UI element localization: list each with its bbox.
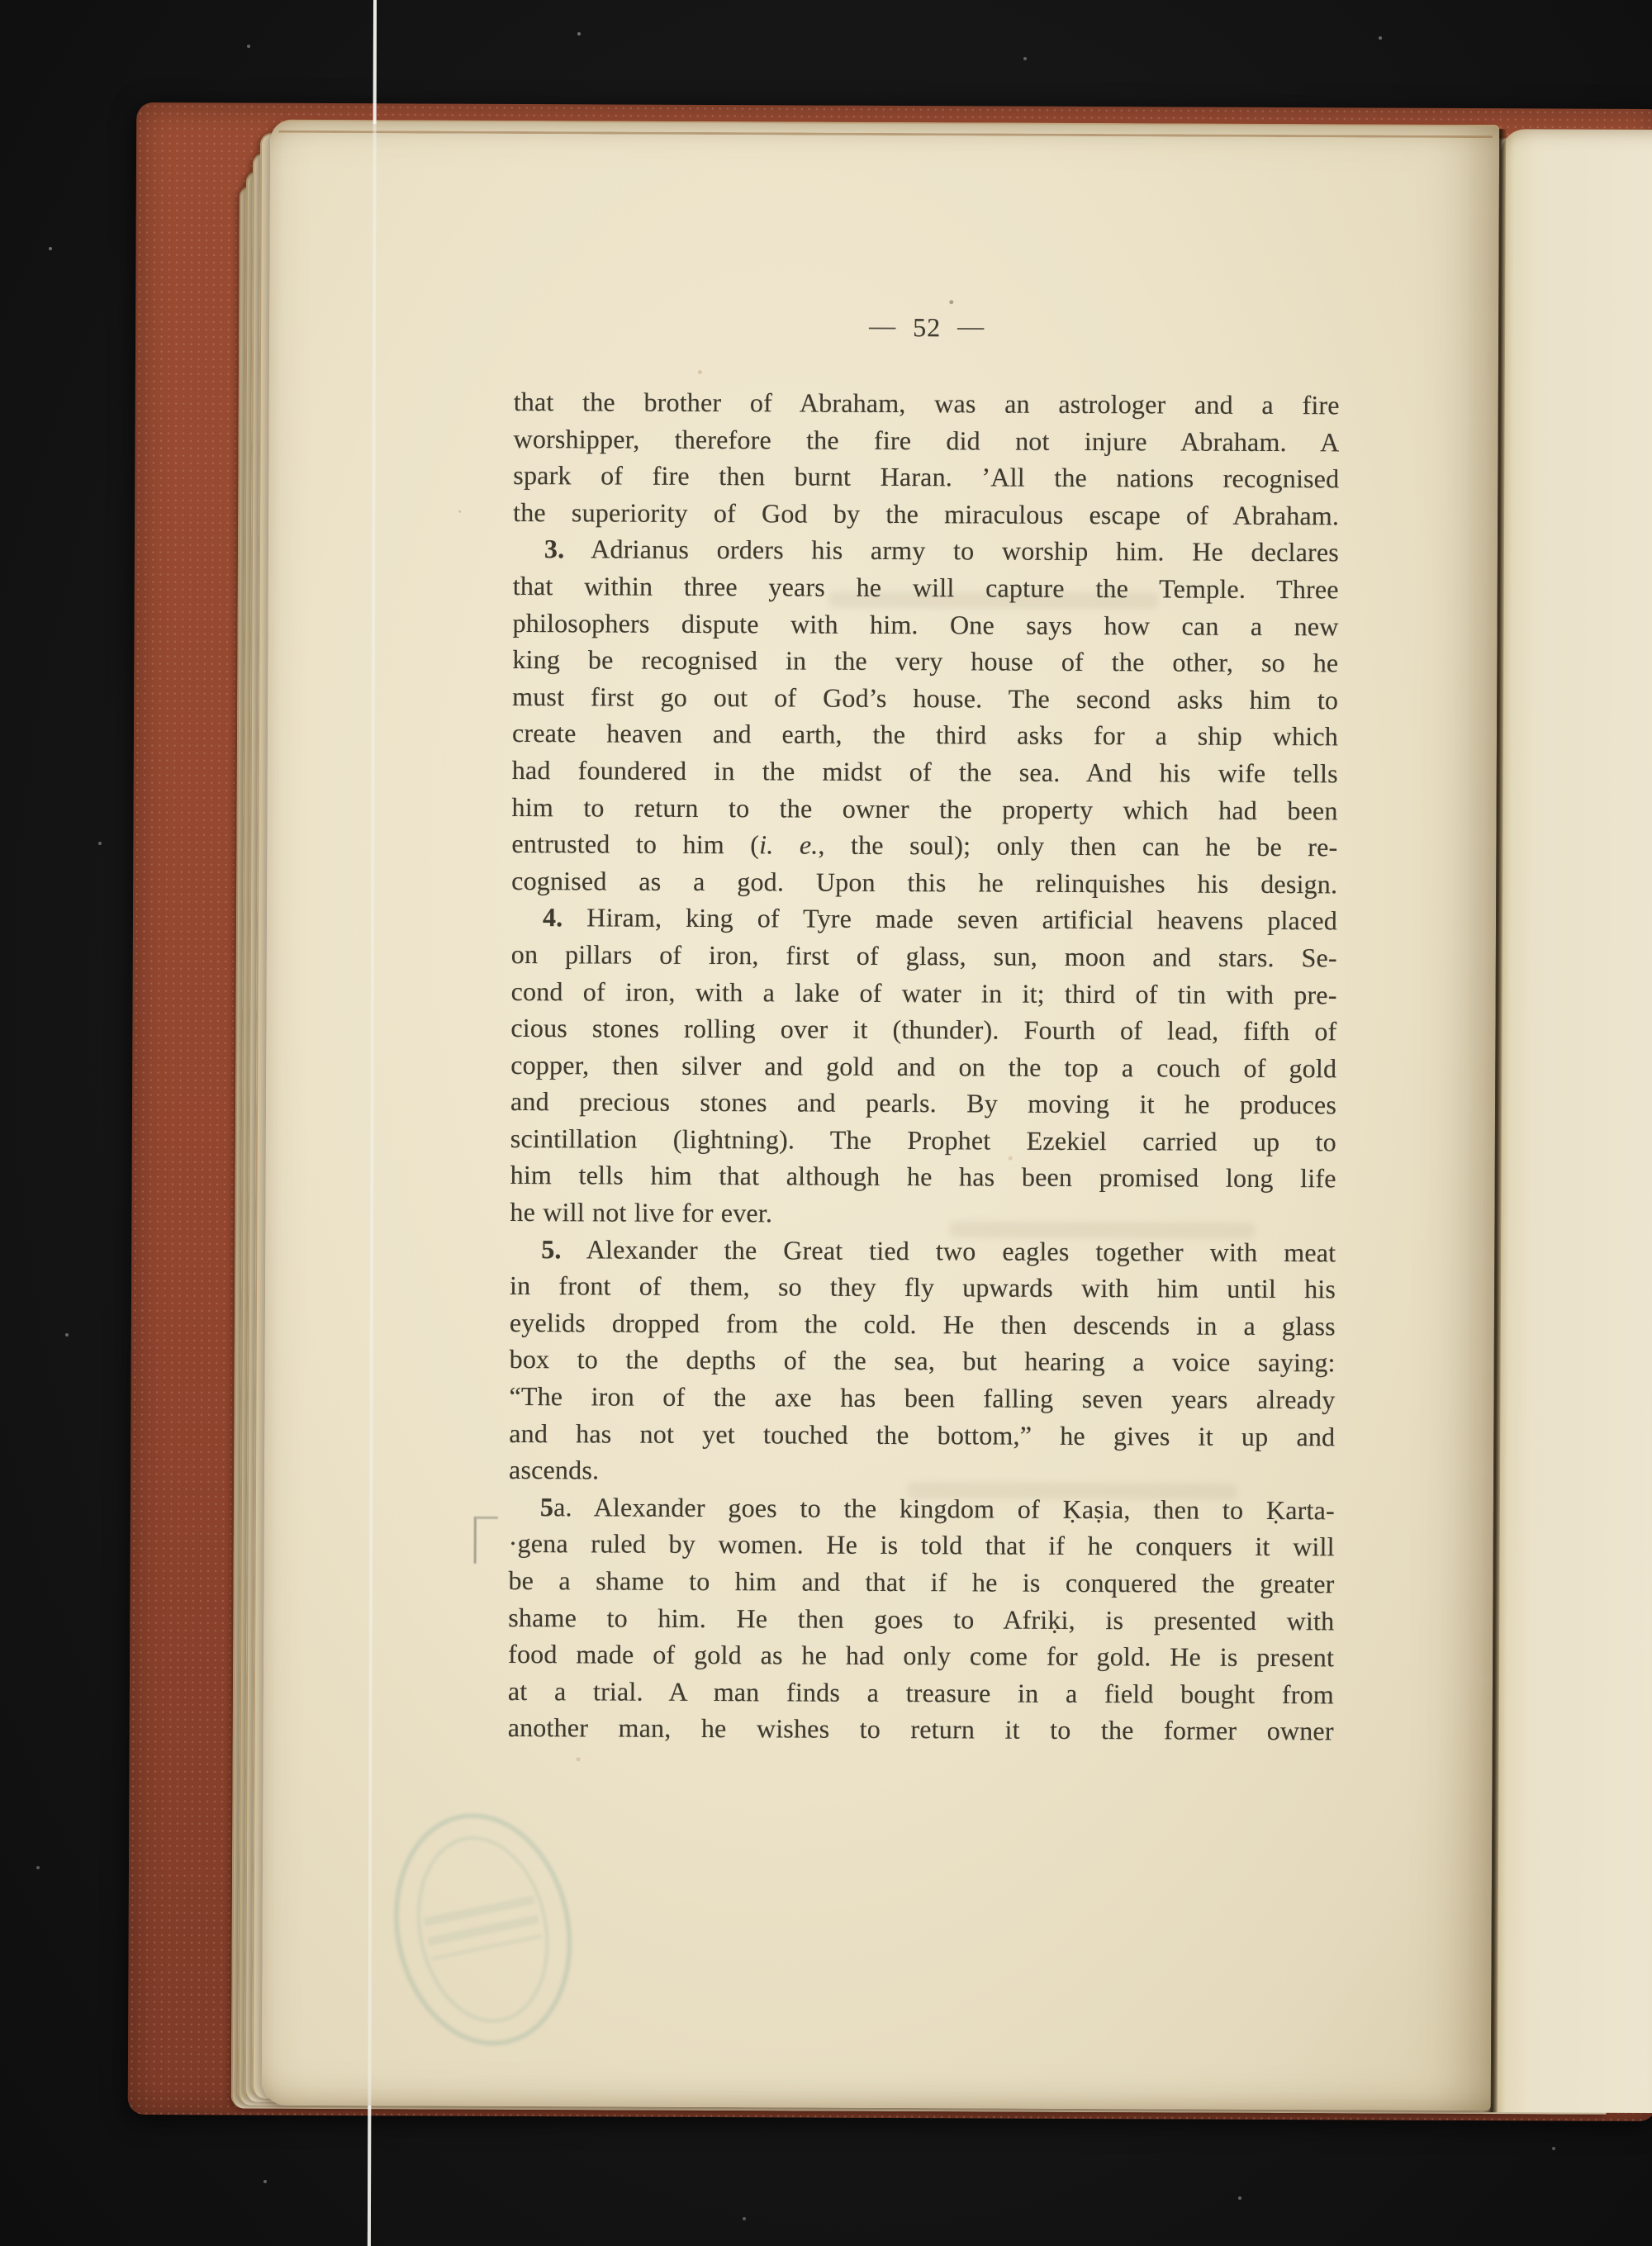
text-line: 4. Hiram, king of Tyre made seven artifi…	[511, 899, 1337, 939]
text-line: philosophers dispute with him. One says …	[512, 605, 1338, 645]
text-line: king be recognised in the very house of …	[512, 641, 1338, 681]
text-line: ·gena ruled by women. He is told that if…	[509, 1525, 1335, 1565]
text-line: entrusted to him (i. e., the soul); only…	[511, 825, 1337, 866]
text-line: cond of iron, with a lake of water in it…	[511, 972, 1337, 1013]
text-line: ascends.	[509, 1451, 1335, 1492]
foxing-specks	[458, 510, 461, 513]
text-line: on pillars of iron, first of glass, sun,…	[511, 936, 1337, 976]
text-line: that the brother of Abraham, was an astr…	[514, 383, 1340, 424]
text-line: create heaven and earth, the third asks …	[512, 715, 1338, 755]
text-line: another man, he wishes to return it to t…	[508, 1709, 1334, 1750]
text-line: and has not yet touched the bottom,” he …	[509, 1415, 1335, 1455]
text-line: and precious stones and pearls. By movin…	[510, 1083, 1336, 1123]
text-line: eyelids dropped from the cold. He then d…	[510, 1304, 1336, 1345]
paragraph-number: 4.	[543, 902, 563, 932]
page-number: —52—	[514, 311, 1340, 344]
text-line: worshipper, therefore the fire did not i…	[513, 420, 1339, 461]
book-page: —52— that the brother of Abraham, was an…	[262, 120, 1499, 2111]
text-line: “The iron of the axe has been falling se…	[509, 1378, 1335, 1418]
text-line: had foundered in the midst of the sea. A…	[512, 752, 1338, 792]
facing-page	[1493, 129, 1652, 2113]
text-line: scintillation (lightning). The Prophet E…	[510, 1120, 1336, 1161]
text-line: 3. Adrianus orders his army to worship h…	[513, 530, 1339, 571]
paragraph-number: 5.	[541, 1234, 562, 1264]
text-line: cious stones rolling over it (thunder). …	[510, 1009, 1336, 1050]
paragraph-number: 3.	[544, 534, 565, 564]
page-number-dash-left: —	[869, 311, 896, 341]
book: —52— that the brother of Abraham, was an…	[128, 102, 1652, 2121]
text-line: be a shame to him and that if he is conq…	[508, 1562, 1334, 1603]
page-number-value: 52	[913, 312, 941, 342]
text-line: food made of gold as he had only come fo…	[508, 1636, 1334, 1676]
text-line: in front of them, so they fly upwards wi…	[510, 1267, 1336, 1308]
page-number-dash-right: —	[957, 311, 985, 341]
text-line: he will not live for ever.	[510, 1194, 1336, 1234]
text-line: shame to him. He then goes to Afriḳi, is…	[508, 1599, 1334, 1640]
text-line: spark of fire then burnt Haran. ’All the…	[513, 457, 1339, 497]
text-line: the superiority of God by the miraculous…	[513, 494, 1339, 534]
text-line: that within three years he will capture …	[513, 567, 1339, 608]
pencil-margin-mark	[474, 1517, 498, 1564]
text-line: at a trial. A man finds a treasure in a …	[508, 1673, 1334, 1713]
text-line: copper, then silver and gold and on the …	[510, 1047, 1336, 1087]
library-stamp	[373, 1797, 592, 2062]
text-line: cognised as a god. Upon this he relinqui…	[511, 862, 1337, 903]
text-line: him tells him that although he has been …	[510, 1156, 1336, 1197]
page-text: that the brother of Abraham, was an astr…	[508, 383, 1340, 1750]
text-line: him to return to the owner the property …	[512, 788, 1338, 829]
text-line: 5. Alexander the Great tied two eagles t…	[510, 1231, 1336, 1271]
photo-backdrop: —52— that the brother of Abraham, was an…	[0, 0, 1652, 2246]
text-line: must first go out of God’s house. The se…	[512, 678, 1338, 719]
paragraph-number: 5	[540, 1492, 553, 1522]
dust-specks	[0, 0, 2, 2]
text-line: box to the depths of the sea, but hearin…	[510, 1341, 1336, 1381]
italic-text: i. e.	[759, 829, 818, 859]
text-line: 5a. Alexander goes to the kingdom of Ḳaṣ…	[509, 1489, 1335, 1529]
